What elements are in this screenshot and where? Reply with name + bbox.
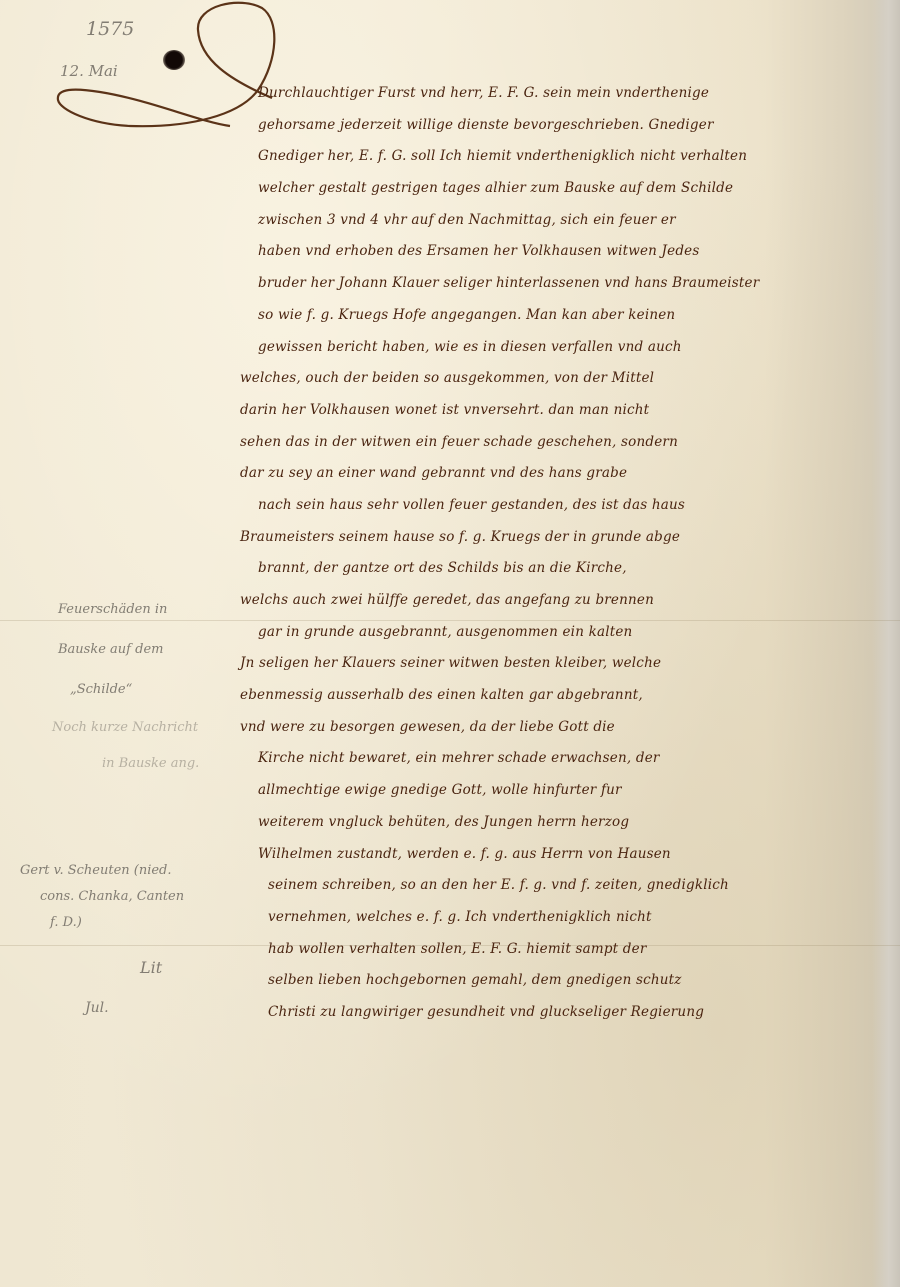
- letter-line: weiterem vngluck behüten, des Jungen her…: [240, 807, 890, 839]
- letter-line: zwischen 3 vnd 4 vhr auf den Nachmittag,…: [240, 205, 890, 237]
- letter-line: bruder her Johann Klauer seliger hinterl…: [240, 268, 890, 300]
- letter-line: nach sein haus sehr vollen feuer gestand…: [240, 490, 890, 522]
- letter-page: 1575 12. Mai Feuerschäden in Bauske auf …: [0, 0, 900, 1287]
- margin-note-line: „Schilde“: [58, 670, 167, 710]
- letter-line: dar zu sey an einer wand gebrannt vnd de…: [240, 458, 890, 490]
- margin-note-line: f. D.): [20, 910, 184, 936]
- margin-note-lit: Lit: [140, 958, 162, 977]
- letter-line: Jn seligen her Klauers seiner witwen bes…: [240, 648, 890, 680]
- letter-line: so wie f. g. Kruegs Hofe angegangen. Man…: [240, 300, 890, 332]
- letter-line: haben vnd erhoben des Ersamen her Volkha…: [240, 236, 890, 268]
- letter-line: Christi zu langwiriger gesundheit vnd gl…: [240, 997, 890, 1029]
- letter-line: welcher gestalt gestrigen tages alhier z…: [240, 173, 890, 205]
- margin-note-line: Gert v. Scheuten (nied.: [20, 858, 184, 884]
- letter-line: sehen das in der witwen ein feuer schade…: [240, 427, 890, 459]
- letter-line: Kirche nicht bewaret, ein mehrer schade …: [240, 743, 890, 775]
- letter-line: gar in grunde ausgebrannt, ausgenommen e…: [240, 617, 890, 649]
- letter-line: allmechtige ewige gnedige Gott, wolle hi…: [240, 775, 890, 807]
- margin-note-line: Feuerschäden in: [58, 590, 167, 630]
- margin-note-fire-damage: Feuerschäden in Bauske auf dem „Schilde“: [58, 590, 167, 710]
- margin-note-line: cons. Chanka, Canten: [20, 884, 184, 910]
- margin-note-line: Noch kurze Nachricht: [52, 710, 199, 746]
- margin-note-line: Bauske auf dem: [58, 630, 167, 670]
- letter-line: vernehmen, welches e. f. g. Ich vnderthe…: [240, 902, 890, 934]
- letter-line: welches, ouch der beiden so ausgekommen,…: [240, 363, 890, 395]
- letter-line: gehorsame jederzeit willige dienste bevo…: [240, 110, 890, 142]
- margin-note-jul: Jul.: [85, 1000, 109, 1016]
- letter-line: Durchlauchtiger Furst vnd herr, E. F. G.…: [240, 78, 890, 110]
- letter-line: hab wollen verhalten sollen, E. F. G. hi…: [240, 934, 890, 966]
- letter-line: seinem schreiben, so an den her E. f. g.…: [240, 870, 890, 902]
- letter-line: darin her Volkhausen wonet ist vnversehr…: [240, 395, 890, 427]
- letter-line: Wilhelmen zustandt, werden e. f. g. aus …: [240, 839, 890, 871]
- letter-line: ebenmessig ausserhalb des einen kalten g…: [240, 680, 890, 712]
- letter-body: Durchlauchtiger Furst vnd herr, E. F. G.…: [240, 78, 890, 1029]
- margin-note-line: in Bauske ang.: [52, 746, 199, 782]
- margin-note-smudged: Noch kurze Nachricht in Bauske ang.: [52, 710, 199, 782]
- letter-line: brannt, der gantze ort des Schilds bis a…: [240, 553, 890, 585]
- letter-line: gewissen bericht haben, wie es in diesen…: [240, 332, 890, 364]
- letter-line: Braumeisters seinem hause so f. g. Krueg…: [240, 522, 890, 554]
- letter-line: selben lieben hochgebornen gemahl, dem g…: [240, 965, 890, 997]
- letter-line: welchs auch zwei hülffe geredet, das ang…: [240, 585, 890, 617]
- letter-line: Gnediger her, E. f. G. soll Ich hiemit v…: [240, 141, 890, 173]
- margin-note-gert-v-scheuten: Gert v. Scheuten (nied. cons. Chanka, Ca…: [20, 858, 184, 936]
- letter-line: vnd were zu besorgen gewesen, da der lie…: [240, 712, 890, 744]
